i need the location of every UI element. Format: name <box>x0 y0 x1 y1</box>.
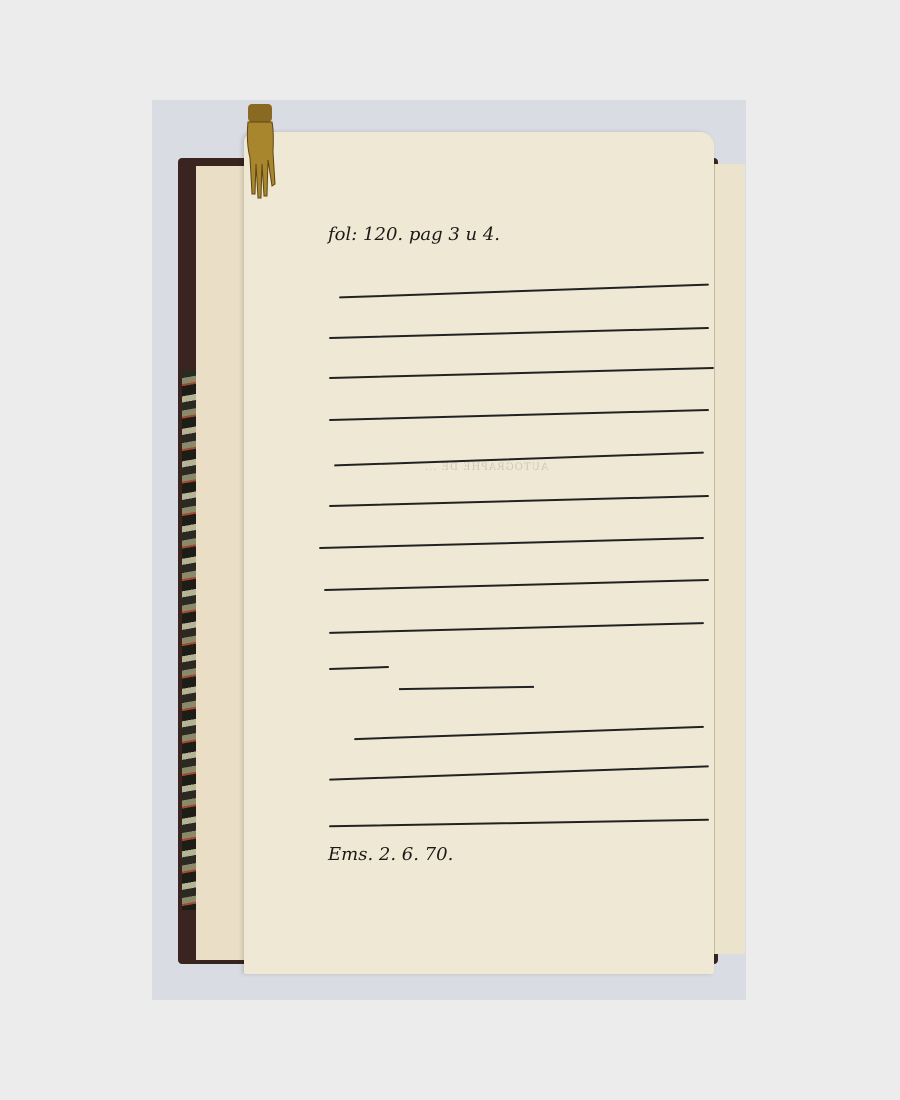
handwritten-line <box>324 579 709 591</box>
handwritten-line <box>329 765 709 780</box>
show-through-text: AUTOGRAPHE DE ... <box>424 462 548 473</box>
dateline: Ems. 2. 6. 70. <box>328 844 453 865</box>
handwritten-line <box>329 666 389 670</box>
manuscript-page: AUTOGRAPHE DE ... fol: 120. pag 3 u 4. E… <box>244 132 714 974</box>
folio-header: fol: 120. pag 3 u 4. <box>328 224 500 245</box>
handwritten-line <box>329 495 709 507</box>
handwritten-line <box>329 409 709 421</box>
handwritten-line <box>319 537 704 549</box>
book-photograph: AUTOGRAPHE DE ... fol: 120. pag 3 u 4. E… <box>152 100 746 1000</box>
handwritten-line <box>329 367 714 379</box>
marbled-spine <box>182 370 196 910</box>
right-page-stack <box>714 164 745 954</box>
brass-hand-bookmark-icon <box>242 102 278 200</box>
handwritten-line <box>339 284 709 299</box>
separator-rule <box>399 686 534 690</box>
handwritten-line <box>354 726 704 740</box>
signature-line <box>329 819 709 828</box>
handwritten-line <box>329 327 709 339</box>
handwritten-line <box>329 622 704 634</box>
